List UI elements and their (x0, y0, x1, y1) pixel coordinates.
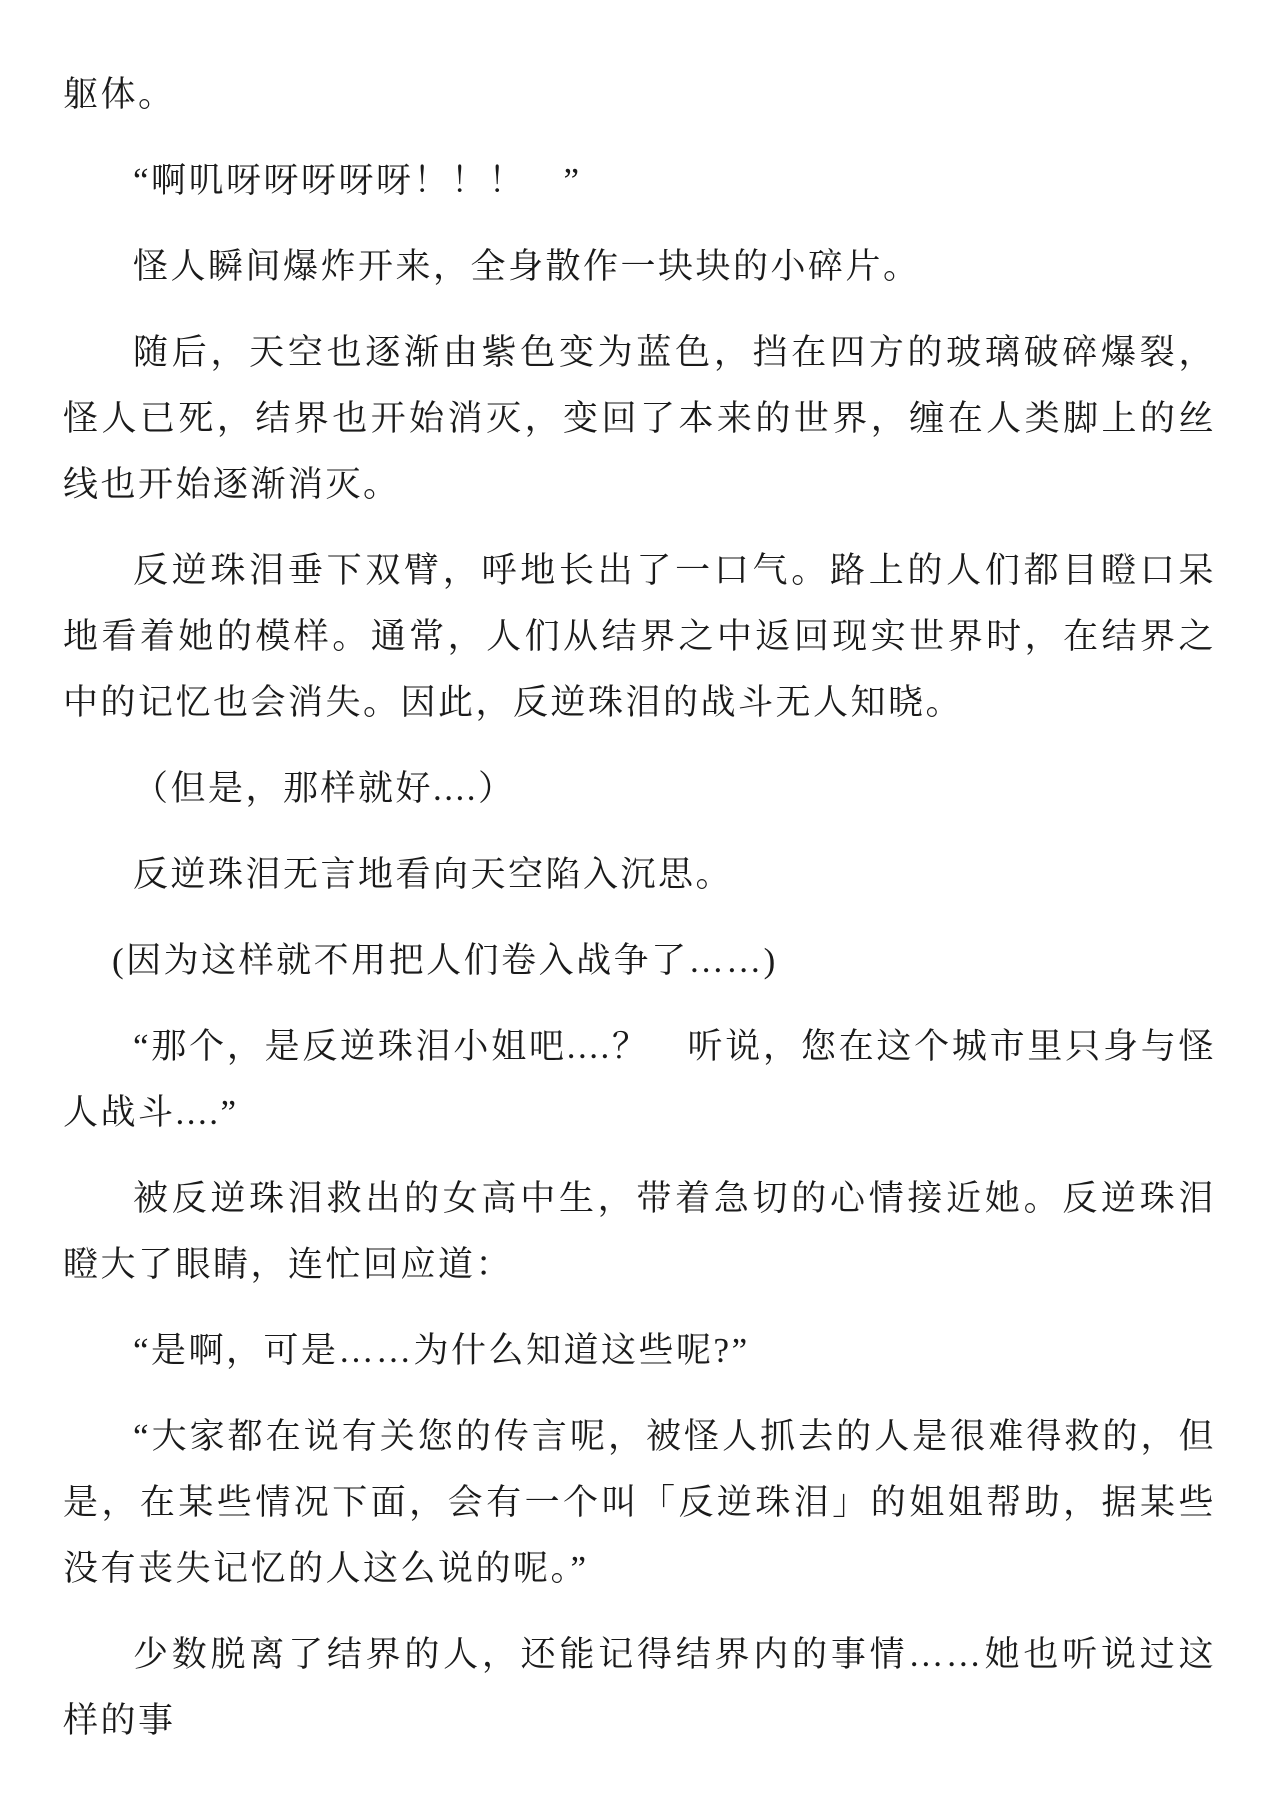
paragraph: (因为这样就不用把人们卷入战争了……) (63, 928, 1216, 994)
paragraph: “大家都在说有关您的传言呢，被怪人抓去的人是很难得救的，但是，在某些情况下面，会… (63, 1404, 1216, 1602)
paragraph: “是啊，可是……为什么知道这些呢?” (63, 1318, 1216, 1384)
paragraph: 怪人瞬间爆炸开来，全身散作一块块的小碎片。 (63, 234, 1216, 300)
paragraph: “那个，是反逆珠泪小姐吧....？ 听说，您在这个城市里只身与怪人战斗....” (63, 1014, 1216, 1146)
paragraph: 随后，天空也逐渐由紫色变为蓝色，挡在四方的玻璃破碎爆裂，怪人已死，结界也开始消灭… (63, 320, 1216, 518)
paragraph: 反逆珠泪垂下双臂，呼地长出了一口气。路上的人们都目瞪口呆地看着她的模样。通常，人… (63, 538, 1216, 736)
paragraph: 反逆珠泪无言地看向天空陷入沉思。 (63, 842, 1216, 908)
document-page: 躯体。 “啊叽呀呀呀呀呀！！！ ” 怪人瞬间爆炸开来，全身散作一块块的小碎片。 … (0, 0, 1280, 1810)
paragraph: 少数脱离了结界的人，还能记得结界内的事情……她也听说过这样的事 (63, 1622, 1216, 1754)
paragraph: （但是，那样就好....） (63, 756, 1216, 822)
paragraph: 被反逆珠泪救出的女高中生，带着急切的心情接近她。反逆珠泪瞪大了眼睛，连忙回应道： (63, 1166, 1216, 1298)
paragraph: “啊叽呀呀呀呀呀！！！ ” (63, 148, 1216, 214)
paragraph: 躯体。 (63, 62, 1216, 128)
